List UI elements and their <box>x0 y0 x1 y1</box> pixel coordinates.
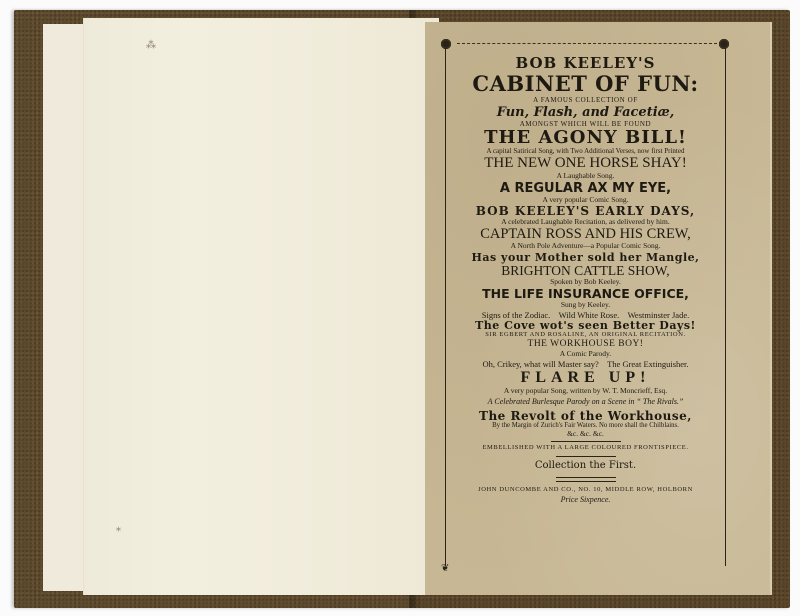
song-description: A capital Satirical Song, with Two Addit… <box>449 148 722 155</box>
blank-flyleaf-page: ⁂ ⁎ <box>84 18 439 595</box>
song-description: A Comic Parody. <box>449 350 722 358</box>
publisher-imprint: JOHN DUNCOMBE AND CO., NO. 10, MIDDLE RO… <box>449 487 722 494</box>
double-divider-rule <box>556 477 616 482</box>
floral-ornament-icon: ❦ <box>441 563 449 574</box>
song-list-line: By the Margin of Zurich's Fair Waters. N… <box>449 423 722 430</box>
song-title: Has your Mother sold her Mangle, <box>449 252 722 263</box>
top-border-rule <box>457 43 717 44</box>
song-title: FLARE UP! <box>449 370 722 386</box>
title-line-1: BOB KEELEY'S <box>449 56 722 71</box>
song-title: The Cove wot's seen Better Days! <box>449 320 722 331</box>
song-title: A REGULAR AX MY EYE, <box>449 182 722 195</box>
subtitle-caption: A FAMOUS COLLECTION OF <box>449 97 722 104</box>
song-description: A North Pole Adventure—a Popular Comic S… <box>449 242 722 250</box>
blackletter-subtitle: Fun, Flash, and Facetiæ, <box>449 106 722 119</box>
song-list-line: Signs of the Zodiac. Wild White Rose. We… <box>449 311 722 320</box>
song-description: A very popular Comic Song. <box>449 196 722 204</box>
song-title: THE NEW ONE HORSE SHAY! <box>449 156 722 171</box>
song-description: SIR EGBERT AND ROSALINE, AN ORIGINAL REC… <box>449 332 722 339</box>
song-description: Spoken by Bob Keeley. <box>449 278 722 286</box>
book: ⁂ ⁎ ❦ BOB KEELEY'S CABINET OF FUN: A FAM… <box>14 10 790 608</box>
divider-rule <box>556 456 616 457</box>
main-title: CABINET OF FUN: <box>449 73 722 94</box>
song-title: THE LIFE INSURANCE OFFICE, <box>449 288 722 301</box>
song-title: BOB KEELEY'S EARLY DAYS, <box>449 205 722 217</box>
paper-blemish: ⁎ <box>116 523 121 534</box>
song-title: THE AGONY BILL! <box>449 129 722 147</box>
song-description: Sung by Keeley. <box>449 301 722 309</box>
song-list-line: Oh, Crikey, what will Master say? The Gr… <box>449 360 722 369</box>
collection-label: Collection the First. <box>449 461 722 471</box>
song-title: THE WORKHOUSE BOY! <box>449 340 722 350</box>
song-description: A very popular Song, written by W. T. Mo… <box>449 387 722 395</box>
parody-description: A Celebrated Burlesque Parody on a Scene… <box>449 398 722 406</box>
song-title: The Revolt of the Workhouse, <box>449 410 722 422</box>
song-title: BRIGHTON CATTLE SHOW, <box>449 264 722 278</box>
song-title: CAPTAIN ROSS AND HIS CREW, <box>449 227 722 242</box>
etcetera: &c. &c. &c. <box>449 430 722 438</box>
paper-blemish: ⁂ <box>146 40 156 51</box>
song-description: A Laughable Song. <box>449 172 722 180</box>
divider-rule <box>551 441 621 442</box>
embellishment-note: EMBELLISHED WITH A LARGE COLOURED FRONTI… <box>449 445 722 452</box>
title-page: ❦ BOB KEELEY'S CABINET OF FUN: A FAMOUS … <box>425 22 772 595</box>
song-description: A celebrated Laughable Recitation, as de… <box>449 218 722 226</box>
title-page-text: BOB KEELEY'S CABINET OF FUN: A FAMOUS CO… <box>449 50 722 504</box>
price: Price Sixpence. <box>449 496 722 504</box>
